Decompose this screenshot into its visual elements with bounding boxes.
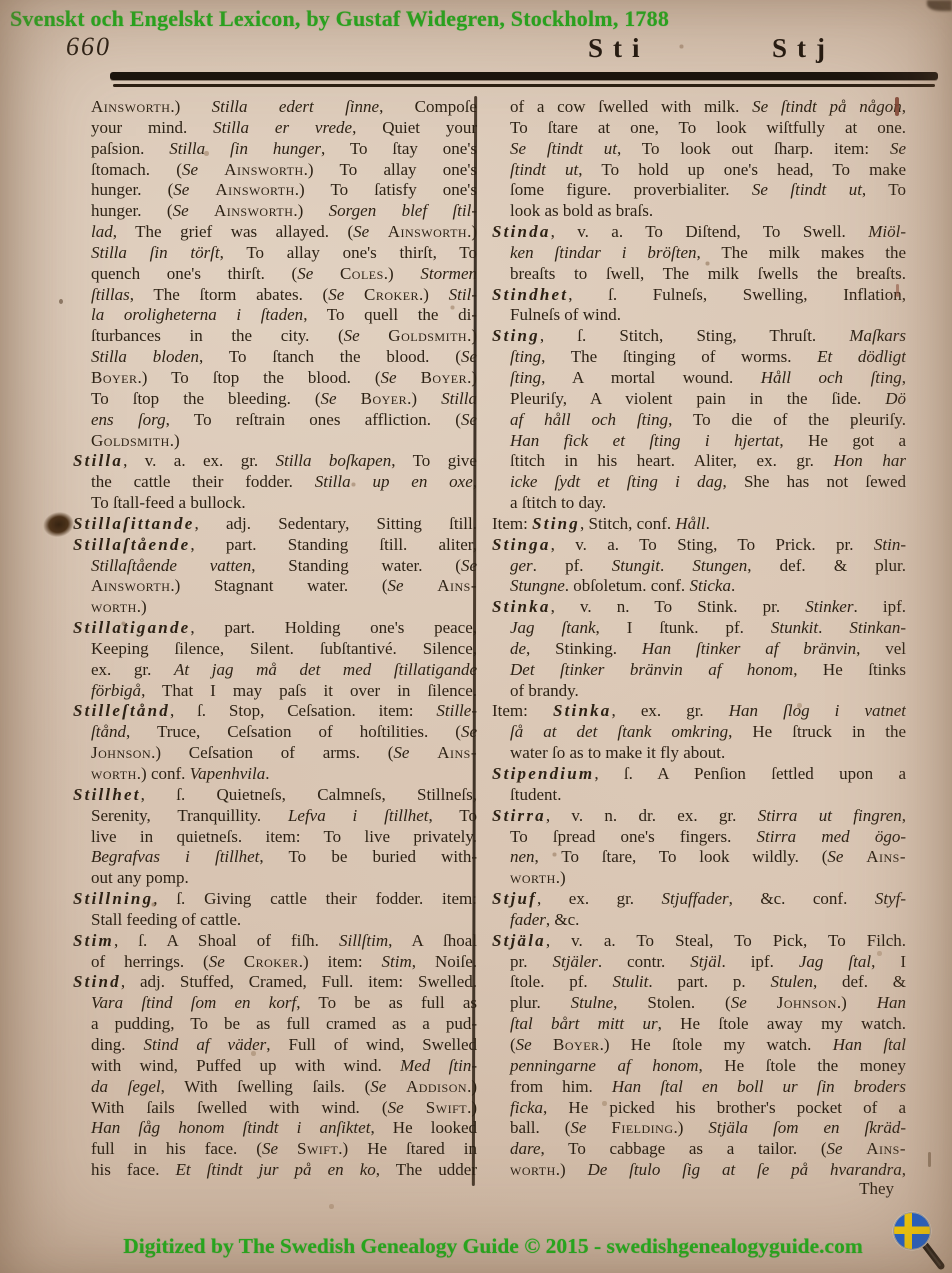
text-line: ball. (Se Fielding.) Stjäla ſom en ſkräd… xyxy=(492,1118,906,1139)
text-line: hunger. (Se Ainsworth.) To ſatisfy one's xyxy=(73,180,477,201)
text-line: Stinka, v. n. To Stink. pr. Stinker. ipf… xyxy=(492,597,906,618)
text-line: penningarne af honom, He ſtole the money xyxy=(492,1056,906,1077)
header-rule-thick xyxy=(110,72,938,80)
text-line: Stilleſtånd, ſ. Stop, Ceſsation. item: S… xyxy=(73,701,477,722)
text-line: Han ſåg honom ſtindt i anſiktet, He look… xyxy=(73,1118,477,1139)
swedish-flag-magnifier-icon xyxy=(891,1210,949,1272)
text-line: out any pomp. xyxy=(73,868,477,889)
text-line: Stilla ſin törſt, To allay one's thirſt,… xyxy=(73,243,477,264)
ink-blot xyxy=(41,509,77,540)
scanned-dictionary-page: Svenskt och Engelskt Lexicon, by Gustaf … xyxy=(0,0,952,1273)
text-line: paſsion. Stilla ſin hunger, To ſtay one'… xyxy=(73,139,477,160)
text-line: Fulneſs of wind. xyxy=(492,305,906,326)
text-line: Stilla bloden, To ſtanch the blood. (Se xyxy=(73,347,477,368)
text-line: nen, To ſtare, To look wildly. (Se Ains- xyxy=(492,847,906,868)
text-line: ſome figure. proverbialiter. Se ſtindt u… xyxy=(492,180,906,201)
text-line: dare, To cabbage as a tailor. (Se Ains- xyxy=(492,1139,906,1160)
scan-smudge xyxy=(927,0,952,11)
text-line: ſtal bårt mitt ur, He ſtole away my watc… xyxy=(492,1014,906,1035)
text-line: of a cow ſwelled with milk. Se ſtindt på… xyxy=(492,97,906,118)
text-line: Stinga, v. a. To Sting, To Prick. pr. St… xyxy=(492,535,906,556)
catchword: They xyxy=(492,1179,894,1199)
text-line: his face. Et ſtindt jur på en ko, The ud… xyxy=(73,1160,477,1181)
text-line: ſtomach. (Se Ainsworth.) To allay one's xyxy=(73,160,477,181)
text-line: af håll och ſting, To die of the pleuriſ… xyxy=(492,410,906,431)
text-line: With ſails ſwelled with wind. (Se Swift.… xyxy=(73,1098,477,1119)
text-line: ſturbances in the city. (Se Goldsmith.) xyxy=(73,326,477,347)
text-line: ſting, A mortal wound. Håll och ſting, xyxy=(492,368,906,389)
text-line: icke ſydt et ſting i dag, She has not ſe… xyxy=(492,472,906,493)
text-line: Stillatigande, part. Holding one's peace… xyxy=(73,618,477,639)
text-line: Stillaſittande, adj. Sedentary, Sitting … xyxy=(73,514,477,535)
text-line: breaſts to ſwell, The milk ſwells the br… xyxy=(492,264,906,285)
right-column: of a cow ſwelled with milk. Se ſtindt på… xyxy=(492,97,906,1181)
text-line: Stindhet, ſ. Fulneſs, Swelling, Inflatio… xyxy=(492,285,906,306)
text-line: Stipendium, ſ. A Penſion ſettled upon a xyxy=(492,764,906,785)
text-line: fader, &c. xyxy=(492,910,906,931)
text-line: ſå at det ſtank omkring, He ſtruck in th… xyxy=(492,722,906,743)
text-line: worth.) De ſtulo ſig at ſe på hvarandra, xyxy=(492,1160,906,1181)
text-line: Johnson.) Ceſsation of arms. (Se Ains- xyxy=(73,743,477,764)
text-line: Stim, ſ. A Shoal of fiſh. Sillſtim, A ſh… xyxy=(73,931,477,952)
text-line: Begrafvas i ſtillhet, To be buried with- xyxy=(73,847,477,868)
text-line: your mind. Stilla er vrede, Quiet your xyxy=(73,118,477,139)
text-line: the cattle their fodder. Stilla up en ox… xyxy=(73,472,477,493)
text-line: worth.) xyxy=(492,868,906,889)
text-line: live in quietneſs. item: To live private… xyxy=(73,827,477,848)
paper-specks xyxy=(0,0,3,3)
text-line: Han fick et ſting i hjertat, He got a xyxy=(492,431,906,452)
text-line: Keeping ſilence, Silent. ſubſtantivé. Si… xyxy=(73,639,477,660)
text-line: Vara ſtind ſom en korf, To be as full as xyxy=(73,993,477,1014)
margin-mark xyxy=(895,97,899,116)
text-line: pr. Stjäler. contr. Stjäl. ipf. Jag ſtal… xyxy=(492,952,906,973)
overlay-footer: Digitized by The Swedish Genealogy Guide… xyxy=(34,1234,952,1259)
text-line: ſtitch in his heart. Aliter, ex. gr. Hon… xyxy=(492,451,906,472)
text-line: To ſpread one's fingers. Stirra med ögo- xyxy=(492,827,906,848)
text-line: water ſo as to make it fly about. xyxy=(492,743,906,764)
margin-mark xyxy=(928,1152,931,1167)
text-line: ſting, The ſtinging of worms. Et dödligt xyxy=(492,347,906,368)
margin-mark xyxy=(896,284,899,297)
column-header-stj: Stj xyxy=(772,33,835,64)
text-line: worth.) conf. Vapenhvila. xyxy=(73,764,477,785)
text-line: lad, The grief was allayed. (Se Ainswort… xyxy=(73,222,477,243)
text-line: de, Stinking. Han ſtinker af bränvin, ve… xyxy=(492,639,906,660)
left-column: Ainsworth.) Stilla edert ſinne, Compoſey… xyxy=(73,97,477,1181)
text-line: ger. pf. Stungit. Stungen, def. & plur. xyxy=(492,556,906,577)
text-line: Stilla, v. a. ex. gr. Stilla boſkapen, T… xyxy=(73,451,477,472)
text-line: Stillhet, ſ. Quietneſs, Calmneſs, Stilln… xyxy=(73,785,477,806)
text-line: Boyer.) To ſtop the blood. (Se Boyer.) xyxy=(73,368,477,389)
text-line: Serenity, Tranquillity. Lefva i ſtillhet… xyxy=(73,806,477,827)
text-line: a pudding, To be as full cramed as a pud… xyxy=(73,1014,477,1035)
text-line: Stall feeding of cattle. xyxy=(73,910,477,931)
text-line: ſtindt ut, To hold up one's head, To mak… xyxy=(492,160,906,181)
text-line: To ſtare at one, To look wiſtfully at on… xyxy=(492,118,906,139)
text-line: ſtillas, The ſtorm abates. (Se Croker.) … xyxy=(73,285,477,306)
text-line: quench one's thirſt. (Se Coles.) Stormen xyxy=(73,264,477,285)
text-line: from him. Han ſtal en boll ur ſin broder… xyxy=(492,1077,906,1098)
text-line: hunger. (Se Ainsworth.) Sorgen blef ſtil… xyxy=(73,201,477,222)
text-line: a ſtitch to day. xyxy=(492,493,906,514)
text-line: Ainsworth.) Stagnant water. (Se Ains- xyxy=(73,576,477,597)
text-line: of herrings. (Se Croker.) item: Stim, No… xyxy=(73,952,477,973)
text-line: Jag ſtank, I ſtunk. pf. Stunkit. Stinkan… xyxy=(492,618,906,639)
text-line: ens ſorg, To reſtrain ones affliction. (… xyxy=(73,410,477,431)
text-line: To ſtop the bleeding. (Se Boyer.) Stilla xyxy=(73,389,477,410)
text-line: Sting, ſ. Stitch, Sting, Thruſt. Maſkars xyxy=(492,326,906,347)
text-line: ſtudent. xyxy=(492,785,906,806)
text-line: Stungne. obſoletum. conf. Sticka. xyxy=(492,576,906,597)
text-line: Goldsmith.) xyxy=(73,431,477,452)
text-line: ex. gr. At jag må det med ſtillatigande xyxy=(73,660,477,681)
text-line: look as bold as braſs. xyxy=(492,201,906,222)
text-line: ken ſtindar i bröſten, The milk makes th… xyxy=(492,243,906,264)
text-line: förbigå, That I may paſs it over in ſile… xyxy=(73,681,477,702)
text-line: Stillaſtående, part. Standing ſtill. ali… xyxy=(73,535,477,556)
text-line: Stirra, v. n. dr. ex. gr. Stirra ut fing… xyxy=(492,806,906,827)
text-line: la oroligheterna i ſtaden, To quell the … xyxy=(73,305,477,326)
text-line: Ainsworth.) Stilla edert ſinne, Compoſe xyxy=(73,97,477,118)
text-line: full in his face. (Se Swift.) He ſtared … xyxy=(73,1139,477,1160)
text-line: with wind, Puffed up with wind. Med ſtin… xyxy=(73,1056,477,1077)
paper-speck xyxy=(59,299,63,304)
text-line: da ſegel, With ſwelling ſails. (Se Addis… xyxy=(73,1077,477,1098)
text-line: ficka, He picked his brother's pocket of… xyxy=(492,1098,906,1119)
text-line: worth.) xyxy=(73,597,477,618)
text-line: ding. Stind af väder, Full of wind, Swel… xyxy=(73,1035,477,1056)
text-line: Stjuf, ex. gr. Stjuffader, &c. conf. Sty… xyxy=(492,889,906,910)
text-line: Stillaſtående vatten, Standing water. (S… xyxy=(73,556,477,577)
header-rule-thin xyxy=(113,84,935,87)
column-header-sti: Sti xyxy=(588,33,650,64)
text-line: plur. Stulne, Stolen. (Se Johnson.) Han xyxy=(492,993,906,1014)
text-line: Se ſtindt ut, To look out ſharp. item: S… xyxy=(492,139,906,160)
text-line: ſtole. pf. Stulit. part. p. Stulen, def.… xyxy=(492,972,906,993)
text-line: of brandy. xyxy=(492,681,906,702)
text-line: Item: Sting, Stitch, conf. Håll. xyxy=(492,514,906,535)
text-line: ſtånd, Truce, Ceſsation of hoſtilities. … xyxy=(73,722,477,743)
text-line: Item: Stinka, ex. gr. Han ſlog i vatnet xyxy=(492,701,906,722)
text-line: (Se Boyer.) He ſtole my watch. Han ſtal xyxy=(492,1035,906,1056)
text-line: Pleuriſy, A violent pain in the ſide. Dö xyxy=(492,389,906,410)
text-line: Stjäla, v. a. To Steal, To Pick, To Filc… xyxy=(492,931,906,952)
text-line: Stinda, v. a. To Diſtend, To Swell. Miöl… xyxy=(492,222,906,243)
text-line: Stillning, ſ. Giving cattle their fodder… xyxy=(73,889,477,910)
overlay-title: Svenskt och Engelskt Lexicon, by Gustaf … xyxy=(10,6,669,32)
text-line: Stind, adj. Stuffed, Cramed, Full. item:… xyxy=(73,972,477,993)
text-line: Det ſtinker bränvin af honom, He ſtinks xyxy=(492,660,906,681)
page-number: 660 xyxy=(66,32,111,62)
text-line: To ſtall-feed a bullock. xyxy=(73,493,477,514)
